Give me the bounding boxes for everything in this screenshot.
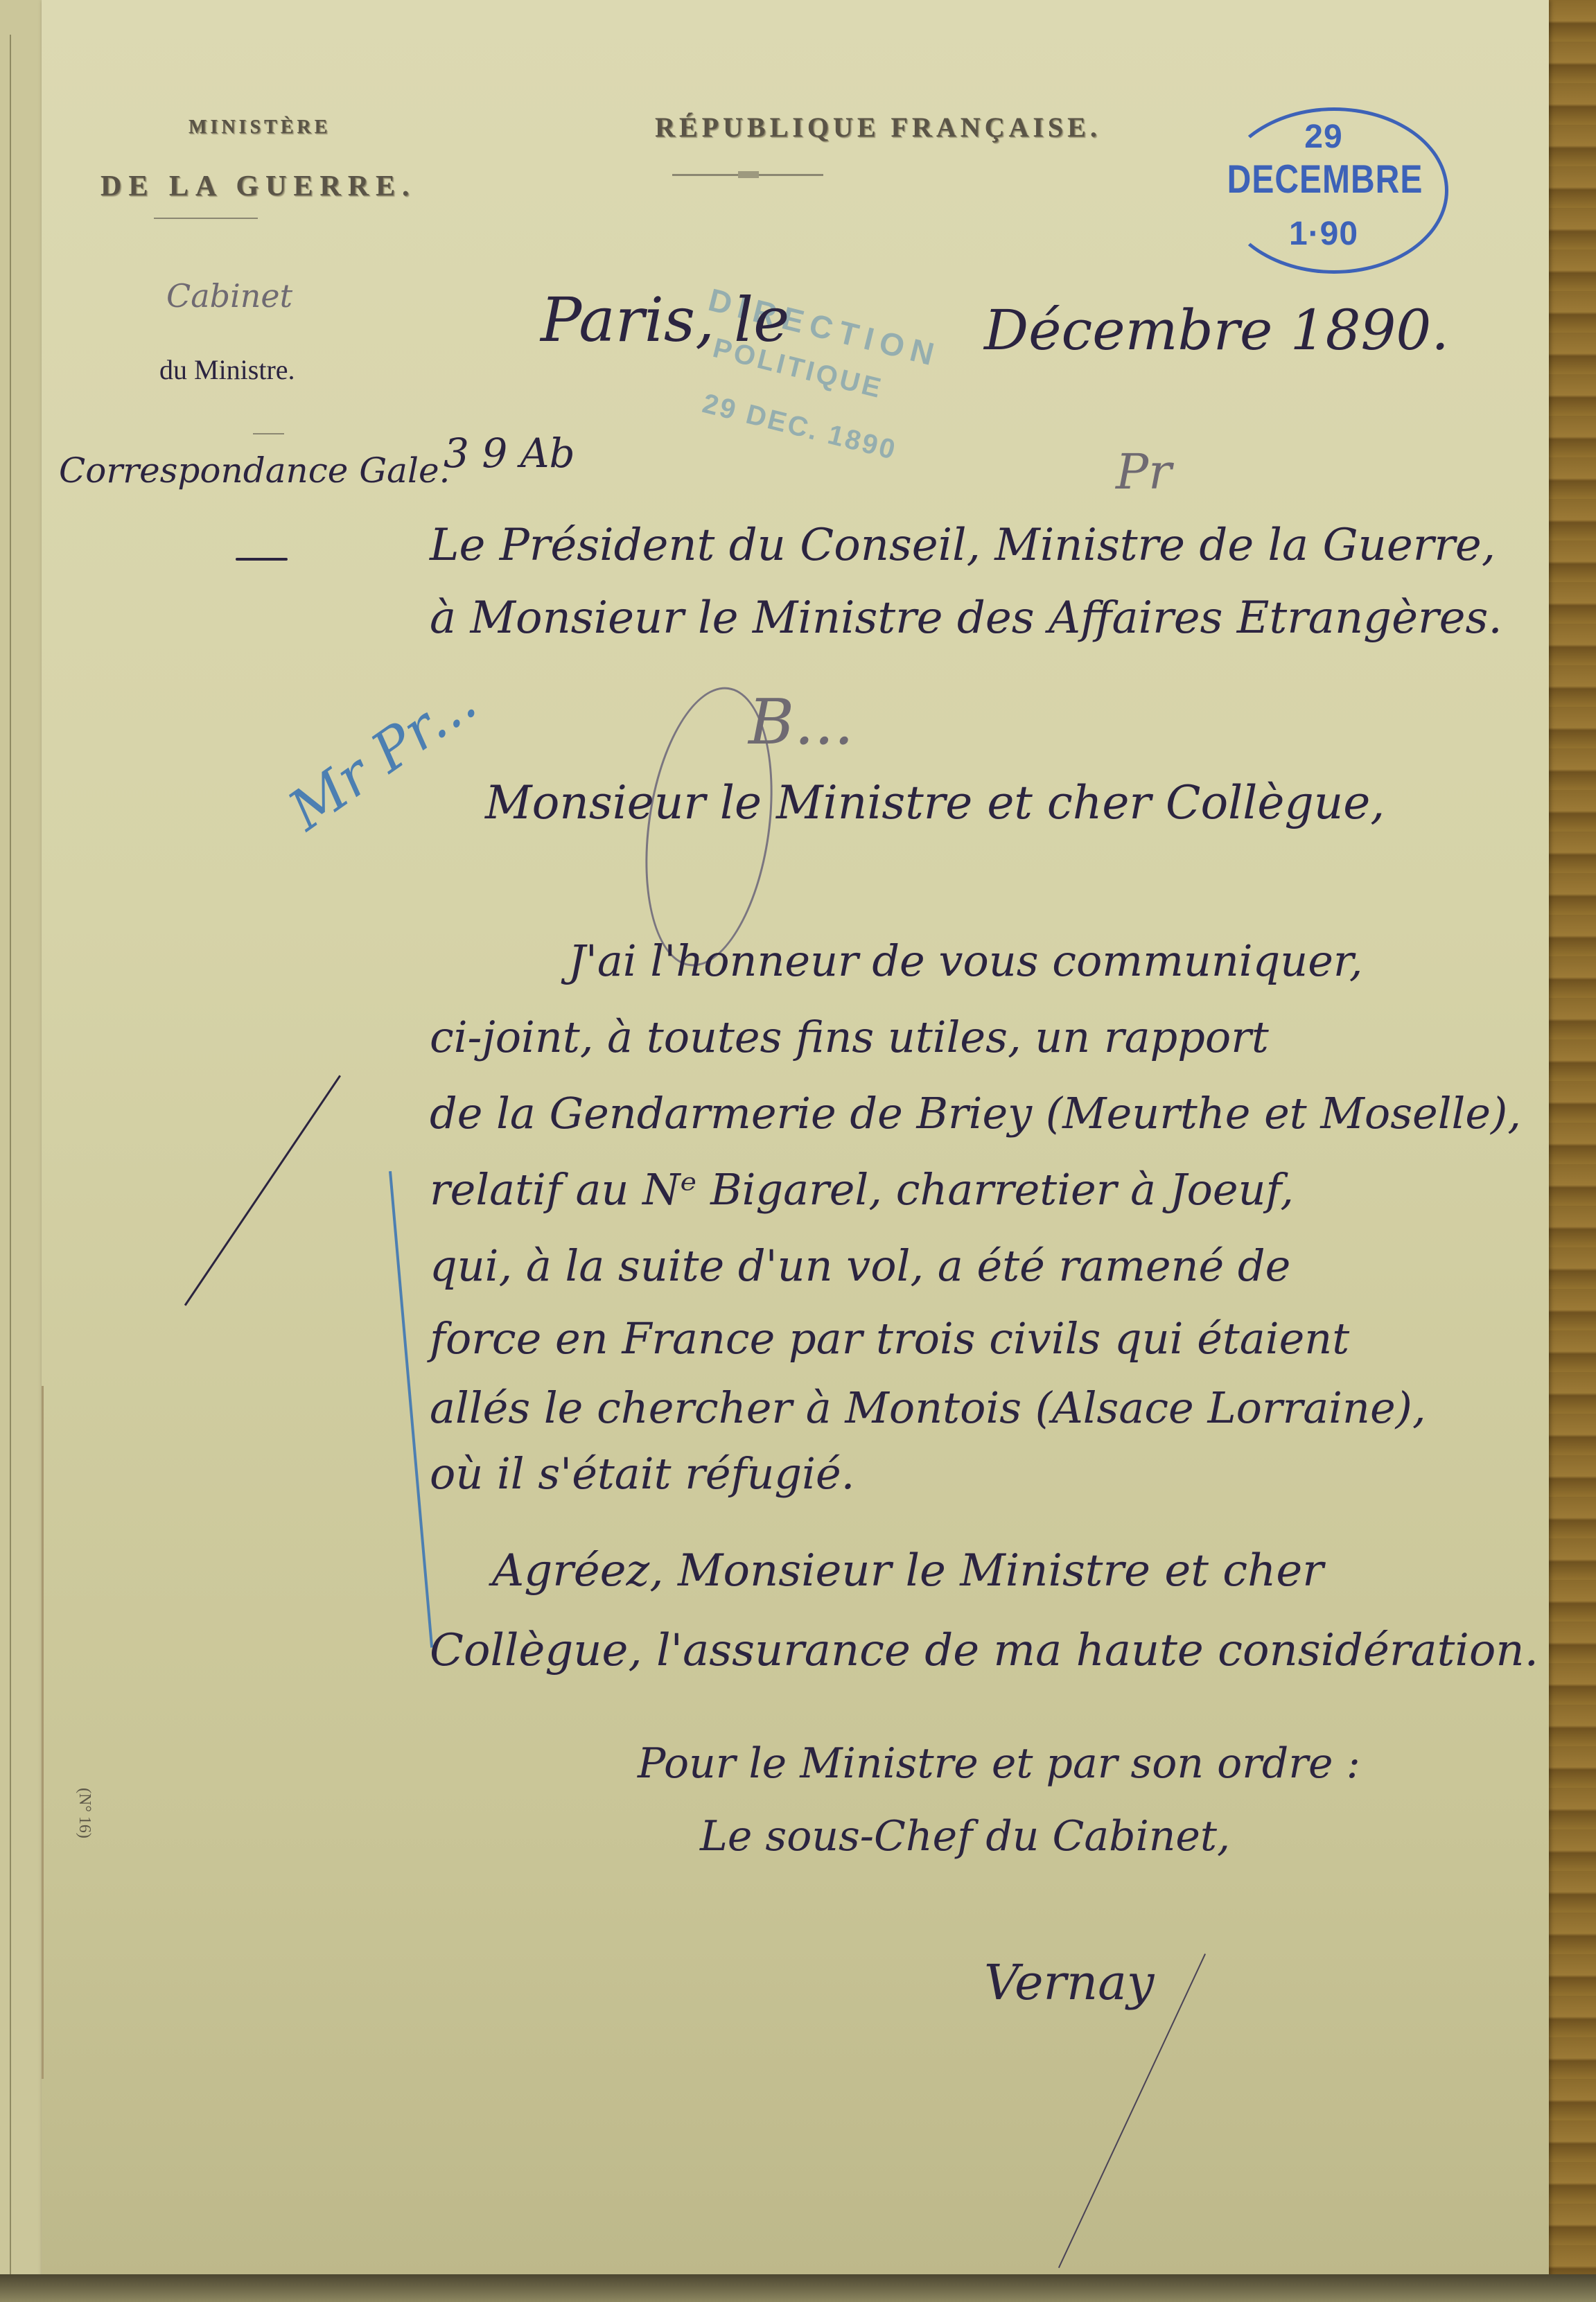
stamp-year: 1·90 — [1282, 215, 1365, 253]
department-label: Correspondance Gale. — [59, 450, 450, 491]
body-line-7: allés le chercher à Montois (Alsace Lorr… — [430, 1382, 1426, 1433]
cabinet-divider — [253, 433, 284, 434]
pencil-annotation-top: Pr — [1116, 443, 1172, 500]
closing-line-1: Agréez, Monsieur le Ministre et cher — [492, 1545, 1324, 1597]
body-line-3: de la Gendarmerie de Briey (Meurthe et M… — [430, 1088, 1521, 1139]
republic-heading: RÉPUBLIQUE FRANÇAISE. — [655, 111, 1101, 143]
reference-number: 3 9 Ab — [444, 430, 575, 477]
stamp-month: DECEMBRE — [1221, 157, 1429, 203]
ministry-line2: DE LA GUERRE. — [100, 170, 416, 203]
torn-paper-edge — [42, 1386, 71, 2079]
department-underline — [236, 558, 288, 561]
body-line-5: qui, à la suite d'un vol, a été ramené d… — [430, 1240, 1290, 1291]
signature: Vernay — [984, 1954, 1154, 2011]
closing-line-2: Collègue, l'assurance de ma haute consid… — [430, 1625, 1538, 1676]
dateline-date: Décembre 1890. — [984, 298, 1449, 362]
body-line-1: J'ai l'honneur de vous communiquer, — [568, 935, 1362, 986]
address-to: à Monsieur le Ministre des Affaires Etra… — [430, 592, 1502, 644]
form-number: (N° 16) — [75, 1788, 94, 1838]
ministry-line1: MINISTÈRE — [188, 116, 331, 139]
cabinet-label: Cabinet — [166, 277, 292, 315]
signature-line-1: Pour le Ministre et par son ordre : — [638, 1739, 1360, 1788]
body-line-8: où il s'était réfugié. — [430, 1448, 854, 1499]
cabinet-minister-label: du Ministre. — [159, 353, 295, 386]
body-line-6: force en France par trois civils qui éta… — [430, 1313, 1349, 1364]
republic-divider-ornament — [738, 171, 759, 178]
stamp-day: 29 — [1289, 118, 1358, 156]
pencil-annotation-mid: B... — [748, 686, 854, 759]
salutation: Monsieur le Ministre et cher Collègue, — [485, 776, 1385, 829]
address-from: Le Président du Conseil, Ministre de la … — [430, 520, 1496, 571]
ministry-divider — [154, 218, 258, 219]
body-line-4: relatif au Nᵉ Bigarel, charretier à Joeu… — [430, 1164, 1294, 1215]
underlying-sheet-edge — [10, 35, 11, 2287]
body-line-2: ci-joint, à toutes fins utiles, un rappo… — [430, 1012, 1269, 1062]
signature-line-2: Le sous-Chef du Cabinet, — [700, 1812, 1230, 1861]
wooden-table-edge — [1549, 0, 1596, 2302]
bottom-shadow — [0, 2274, 1596, 2302]
dateline-place: Paris, le — [541, 284, 789, 355]
